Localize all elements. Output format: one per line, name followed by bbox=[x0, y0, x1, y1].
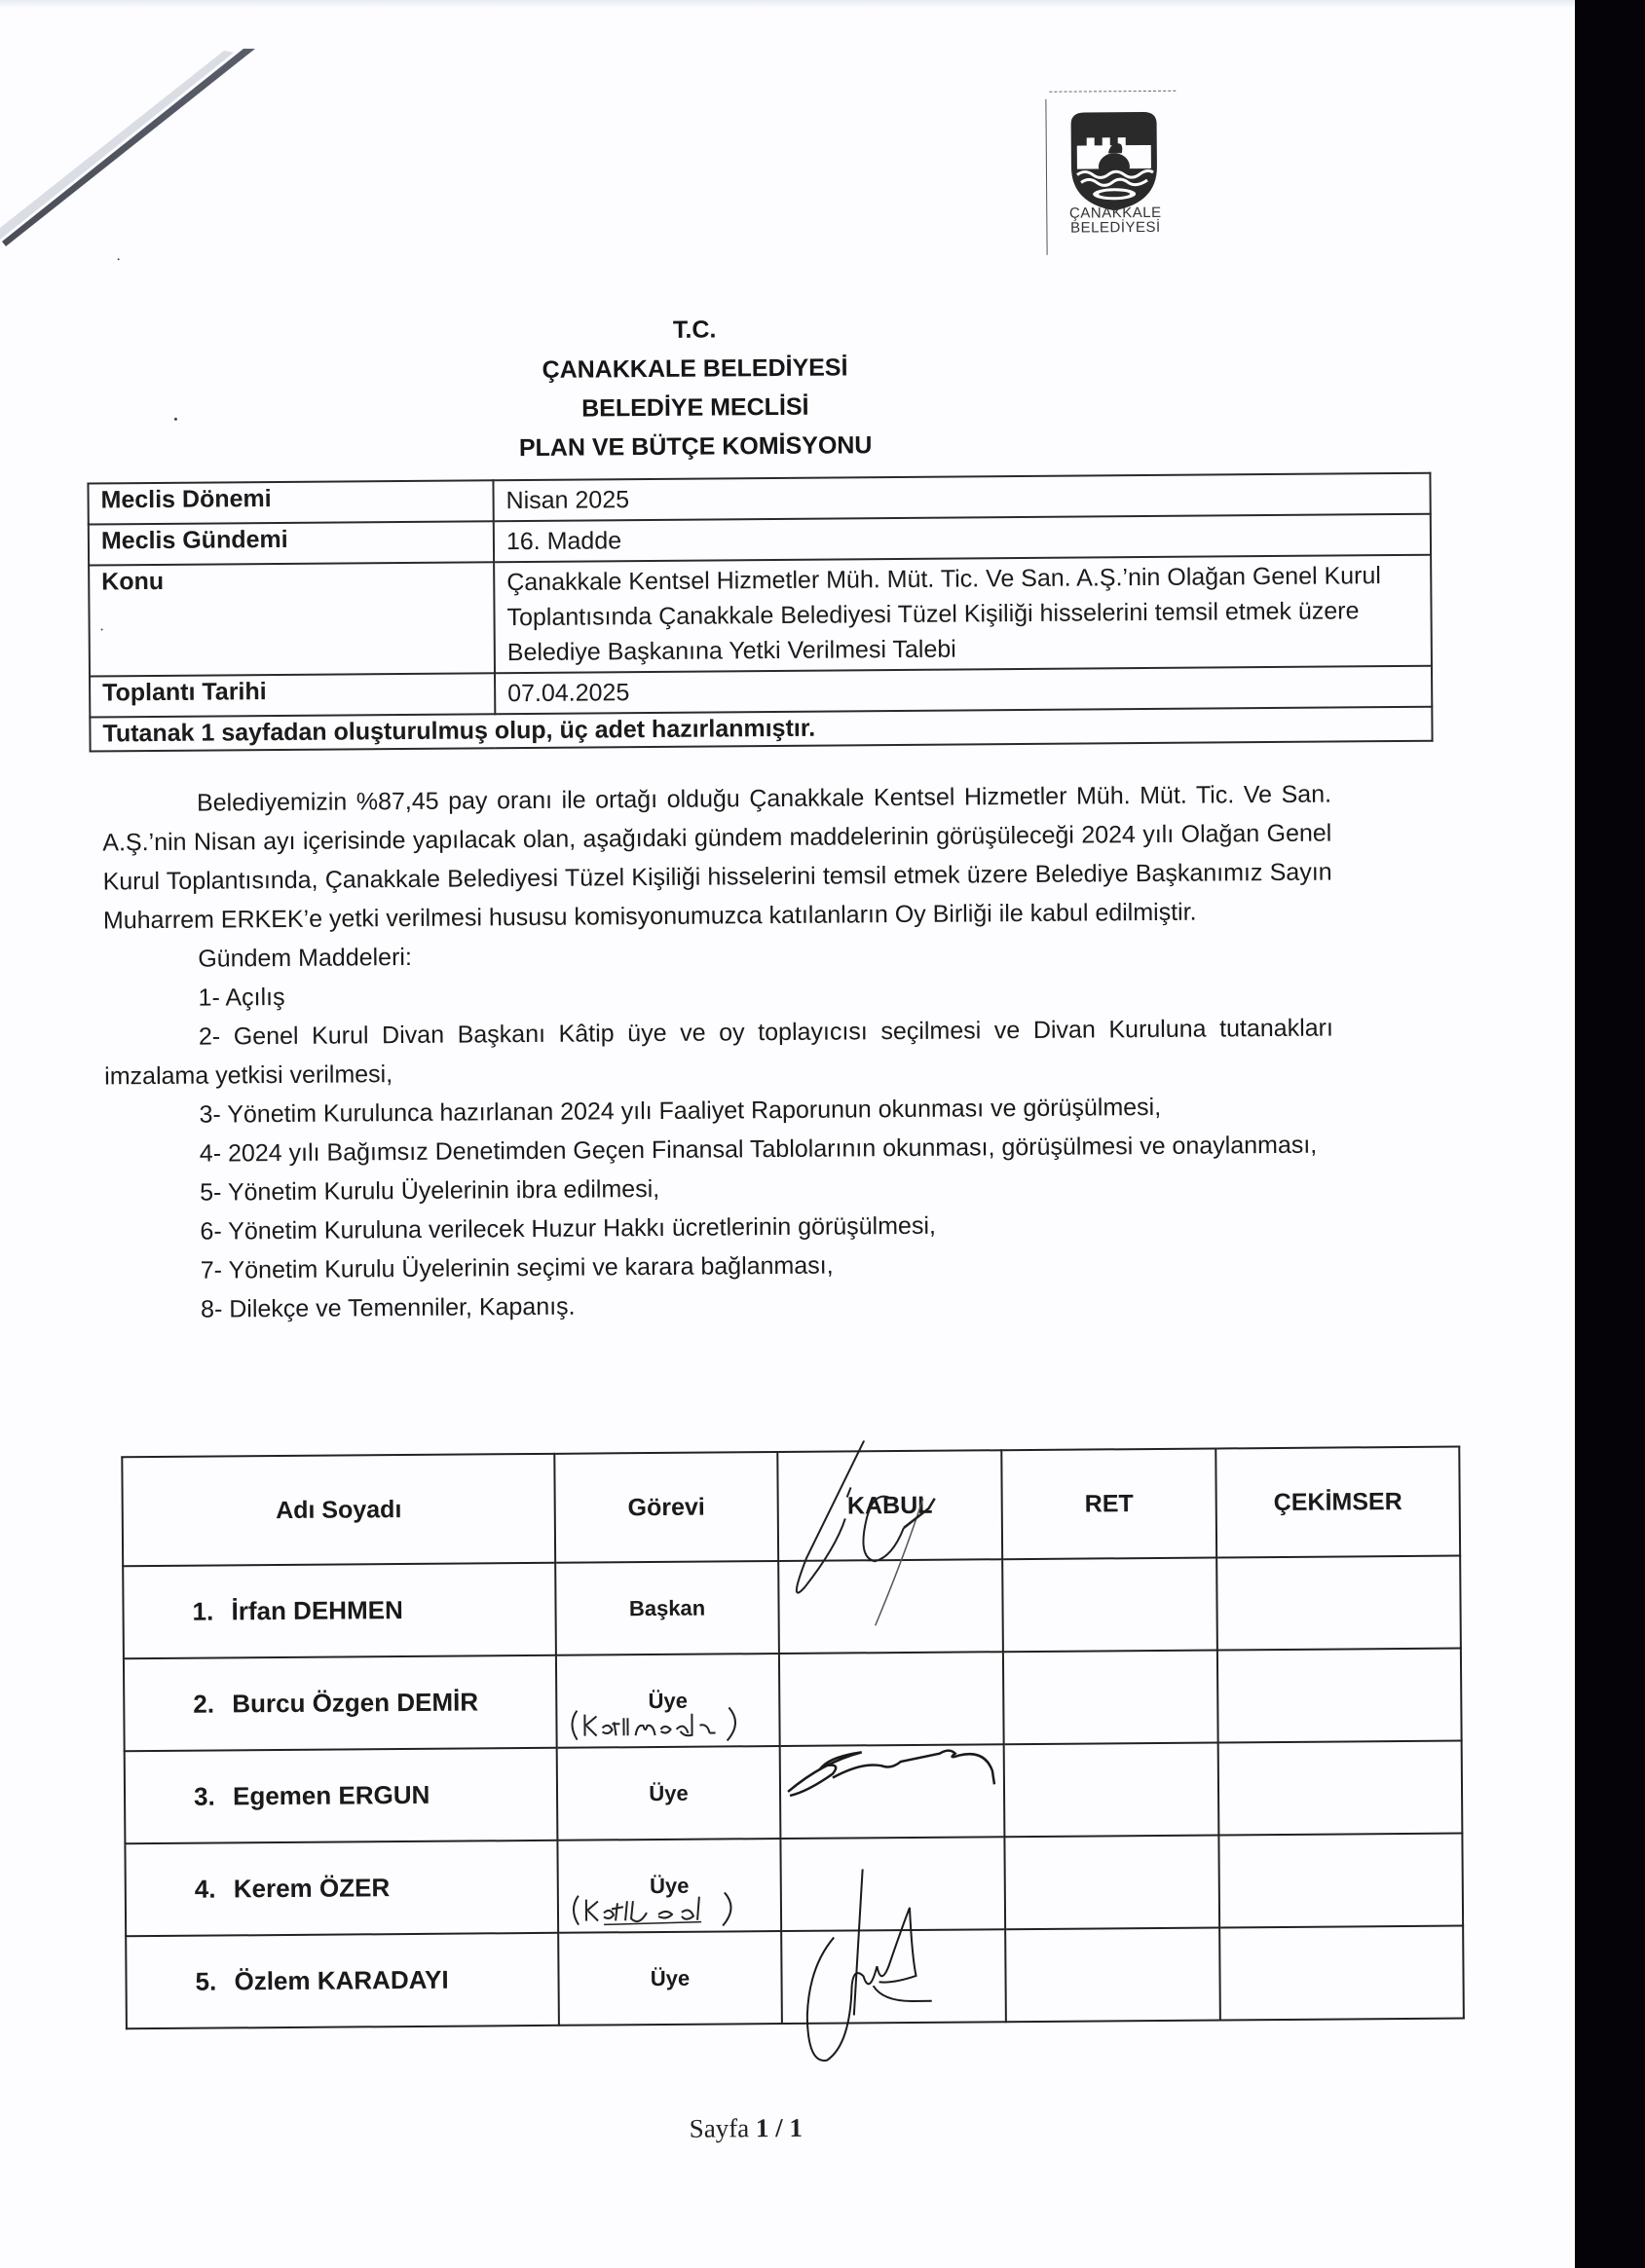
agenda-item: 2- Genel Kurul Divan Başkanı Kâtip üye v… bbox=[104, 1009, 1334, 1097]
info-label: Konu bbox=[89, 562, 495, 676]
member-name: Özlem KARADAYI bbox=[234, 1965, 448, 1996]
member-role: Üye bbox=[558, 1931, 782, 2026]
reject-cell bbox=[1004, 1835, 1219, 1929]
table-row: 3.Egemen ERGUN Üye bbox=[125, 1741, 1463, 1844]
scan-speck bbox=[174, 418, 177, 421]
vote-table-header: Adı Soyadı Görevi KABUL RET ÇEKİMSER bbox=[122, 1447, 1460, 1567]
member-role: Başkan bbox=[555, 1561, 779, 1655]
member-role-label: Üye bbox=[649, 1780, 689, 1804]
accept-cell bbox=[779, 1652, 1004, 1746]
member-role-label: Üye bbox=[651, 1965, 691, 1989]
info-value: Çanakkale Kentsel Hizmetler Müh. Müt. Ti… bbox=[494, 555, 1432, 674]
logo-rule bbox=[1049, 91, 1176, 93]
table-row: 1.İrfan DEHMEN Başkan bbox=[123, 1556, 1461, 1659]
logo-caption: ÇANAKKALE BELEDİYESİ bbox=[1062, 205, 1169, 236]
municipality-logo: ÇANAKKALE BELEDİYESİ bbox=[1041, 91, 1178, 257]
col-header-accept: KABUL bbox=[777, 1450, 1002, 1561]
accept-cell bbox=[780, 1837, 1005, 1931]
page-number: Sayfa 1 / 1 bbox=[690, 2113, 803, 2144]
info-label: Meclis Dönemi bbox=[88, 480, 493, 524]
handwritten-absent-note bbox=[563, 1703, 758, 1744]
accept-cell bbox=[778, 1559, 1003, 1654]
member-role: Üye bbox=[557, 1839, 781, 1933]
member-role-label: Başkan bbox=[629, 1595, 705, 1620]
table-row: 4.Kerem ÖZER Üye bbox=[125, 1834, 1463, 1937]
table-row: 5.Özlem KARADAYI Üye bbox=[126, 1926, 1464, 2029]
decision-paragraph: Belediyemizin %87,45 pay oranı ile ortağ… bbox=[102, 775, 1332, 941]
page-label: Sayfa bbox=[690, 2113, 750, 2142]
member-name: Kerem ÖZER bbox=[234, 1873, 391, 1903]
header-tc: T.C. bbox=[402, 308, 987, 352]
reject-cell bbox=[1002, 1557, 1217, 1652]
scan-speck bbox=[101, 628, 103, 630]
reject-cell bbox=[1004, 1742, 1219, 1837]
header-council: BELEDİYE MECLİSİ bbox=[403, 386, 988, 429]
member-name: Burcu Özgen DEMİR bbox=[232, 1687, 478, 1718]
col-header-name: Adı Soyadı bbox=[122, 1454, 555, 1566]
accept-cell bbox=[781, 1929, 1006, 2024]
member-number: 3. bbox=[194, 1781, 233, 1811]
meeting-info-table: Meclis Dönemi Nisan 2025 Meclis Gündemi … bbox=[87, 472, 1433, 753]
abstain-cell bbox=[1218, 1834, 1463, 1928]
info-label: Toplantı Tarihi bbox=[90, 673, 495, 717]
reject-cell bbox=[1003, 1650, 1218, 1744]
member-number: 1. bbox=[192, 1596, 231, 1626]
abstain-cell bbox=[1219, 1926, 1464, 2021]
logo-rule bbox=[1045, 99, 1047, 255]
accept-cell bbox=[780, 1744, 1005, 1839]
table-row: 2.Burcu Özgen DEMİR Üye bbox=[124, 1649, 1462, 1752]
abstain-cell bbox=[1216, 1556, 1461, 1651]
info-value: 07.04.2025 bbox=[495, 666, 1432, 715]
municipality-shield-emblem-icon bbox=[1065, 110, 1163, 213]
scanned-page: ÇANAKKALE BELEDİYESİ T.C. ÇANAKKALE BELE… bbox=[0, 0, 1575, 2268]
member-name-cell: 2.Burcu Özgen DEMİR bbox=[124, 1655, 557, 1751]
member-name-cell: 1.İrfan DEHMEN bbox=[123, 1563, 556, 1658]
member-role: Üye bbox=[557, 1746, 781, 1840]
member-number: 5. bbox=[195, 1966, 234, 1996]
member-number: 4. bbox=[195, 1874, 234, 1904]
member-name-cell: 3.Egemen ERGUN bbox=[125, 1748, 558, 1843]
info-row: Konu Çanakkale Kentsel Hizmetler Müh. Mü… bbox=[89, 555, 1432, 677]
logo-caption-line2: BELEDİYESİ bbox=[1062, 220, 1169, 236]
page-value: 1 / 1 bbox=[756, 2113, 803, 2142]
info-value: Nisan 2025 bbox=[493, 473, 1430, 522]
member-number: 2. bbox=[193, 1689, 232, 1719]
handwritten-absent-note bbox=[565, 1888, 760, 1929]
decision-text: Belediyemizin %87,45 pay oranı ile ortağ… bbox=[102, 775, 1335, 1330]
info-label: Meclis Gündemi bbox=[89, 521, 494, 565]
abstain-cell bbox=[1218, 1741, 1463, 1836]
member-name: İrfan DEHMEN bbox=[231, 1595, 402, 1625]
scan-speck bbox=[118, 258, 120, 260]
member-name-cell: 4.Kerem ÖZER bbox=[125, 1840, 558, 1936]
header-commission: PLAN VE BÜTÇE KOMİSYONU bbox=[403, 425, 988, 468]
reject-cell bbox=[1005, 1927, 1220, 2022]
document-header: T.C. ÇANAKKALE BELEDİYESİ BELEDİYE MECLİ… bbox=[402, 308, 988, 468]
col-header-abstain: ÇEKİMSER bbox=[1215, 1447, 1460, 1558]
document-content: ÇANAKKALE BELEDİYESİ T.C. ÇANAKKALE BELE… bbox=[0, 0, 1584, 2268]
member-name-cell: 5.Özlem KARADAYI bbox=[126, 1933, 559, 2028]
header-municipality: ÇANAKKALE BELEDİYESİ bbox=[402, 347, 987, 390]
abstain-cell bbox=[1217, 1649, 1462, 1743]
member-name: Egemen ERGUN bbox=[233, 1780, 430, 1811]
col-header-role: Görevi bbox=[554, 1452, 778, 1563]
member-role: Üye bbox=[556, 1654, 780, 1748]
vote-table: Adı Soyadı Görevi KABUL RET ÇEKİMSER 1.İ… bbox=[121, 1446, 1465, 2030]
agenda-item: 8- Dilekçe ve Temenniler, Kapanış. bbox=[106, 1282, 1335, 1330]
info-value: 16. Madde bbox=[494, 514, 1431, 563]
col-header-reject: RET bbox=[1001, 1448, 1216, 1559]
